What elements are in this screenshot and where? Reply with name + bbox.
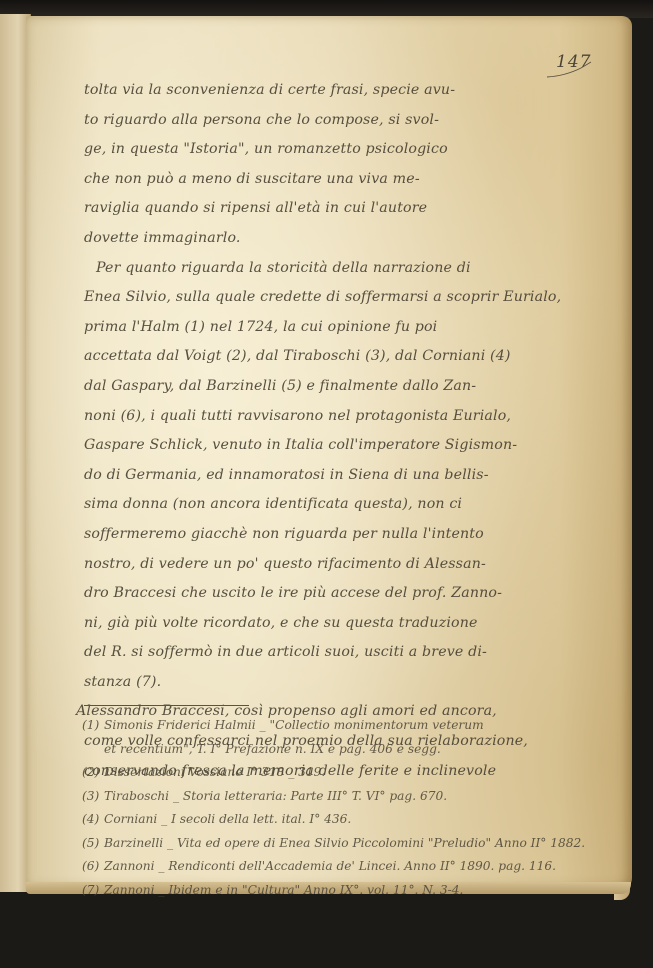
footnote-text: Tiraboschi _ Storia letteraria: Parte II… [104, 789, 447, 803]
footnote-7: (7)Zannoni _ Ibidem e in "Cultura" Anno … [82, 879, 602, 903]
footnote-number: (4) [82, 808, 104, 832]
footnote-text: Zannoni _ Rendiconti dell'Accademia de' … [104, 859, 556, 873]
paragraph-start-line: Per quanto riguarda la storicità della n… [84, 254, 584, 284]
footnote-text: et recentium", T. I° Prefazione n. IX e … [104, 742, 441, 756]
text-line: soffermeremo giacchè non riguarda per nu… [84, 520, 584, 550]
text-line: ni, già più volte ricordato, e che su qu… [84, 609, 584, 639]
text-line: Gaspare Schlick, venuto in Italia coll'i… [84, 431, 584, 461]
footnote-4: (4)Corniani _ I secoli della lett. ital.… [82, 808, 602, 832]
footnote-1: (1)Simonis Friderici Halmii _ "Collectio… [82, 714, 602, 738]
footnote-1-continued: et recentium", T. I° Prefazione n. IX e … [82, 738, 602, 762]
text-line: nostro, di vedere un po' questo rifacime… [84, 550, 584, 580]
footnote-3: (3)Tiraboschi _ Storia letteraria: Parte… [82, 785, 602, 809]
body-text: tolta via la sconvenienza di certe frasi… [84, 76, 584, 786]
text-line: Enea Silvio, sulla quale credette di sof… [84, 283, 584, 313]
footnote-text: Barzinelli _ Vita ed opere di Enea Silvi… [104, 836, 585, 850]
footnote-text: Dissertazioni Vossiane I° 318 _ 319. [104, 765, 325, 779]
text-line: del R. si soffermò in due articoli suoi,… [84, 638, 584, 668]
footnote-separator [84, 705, 249, 706]
text-line: dro Braccesi che uscito le ire più acces… [84, 579, 584, 609]
text-line: stanza (7). [84, 668, 584, 698]
text-line: dovette immaginarlo. [84, 224, 584, 254]
footnote-5: (5)Barzinelli _ Vita ed opere di Enea Si… [82, 832, 602, 856]
footnote-text: Zannoni _ Ibidem e in "Cultura" Anno IX°… [104, 883, 463, 897]
footnote-number: (1) [82, 714, 104, 738]
footnote-number: (6) [82, 855, 104, 879]
text-line: che non può a meno di suscitare una viva… [84, 165, 584, 195]
footnote-2: (2)Dissertazioni Vossiane I° 318 _ 319. [82, 761, 602, 785]
footnote-number: (2) [82, 761, 104, 785]
text-line: accettata dal Voigt (2), dal Tiraboschi … [84, 342, 584, 372]
text-line: raviglia quando si ripensi all'età in cu… [84, 194, 584, 224]
text-line: tolta via la sconvenienza di certe frasi… [84, 76, 584, 106]
footnote-text: Simonis Friderici Halmii _ "Collectio mo… [104, 718, 484, 732]
footnote-number: (3) [82, 785, 104, 809]
footnote-text: Corniani _ I secoli della lett. ital. I°… [104, 812, 351, 826]
footnotes: (1)Simonis Friderici Halmii _ "Collectio… [82, 714, 602, 902]
text-line: sima donna (non ancora identificata ques… [84, 490, 584, 520]
footnote-6: (6)Zannoni _ Rendiconti dell'Accademia d… [82, 855, 602, 879]
text-line: prima l'Halm (1) nel 1724, la cui opinio… [84, 313, 584, 343]
footnote-number: (7) [82, 879, 104, 903]
text-line: do di Germania, ed innamoratosi in Siena… [84, 461, 584, 491]
text-line: ge, in questa "Istoria", un romanzetto p… [84, 135, 584, 165]
text-line: to riguardo alla persona che lo compose,… [84, 106, 584, 136]
footnote-number: (5) [82, 832, 104, 856]
text-line: dal Gaspary, dal Barzinelli (5) e finalm… [84, 372, 584, 402]
text-line: noni (6), i quali tutti ravvisarono nel … [84, 402, 584, 432]
